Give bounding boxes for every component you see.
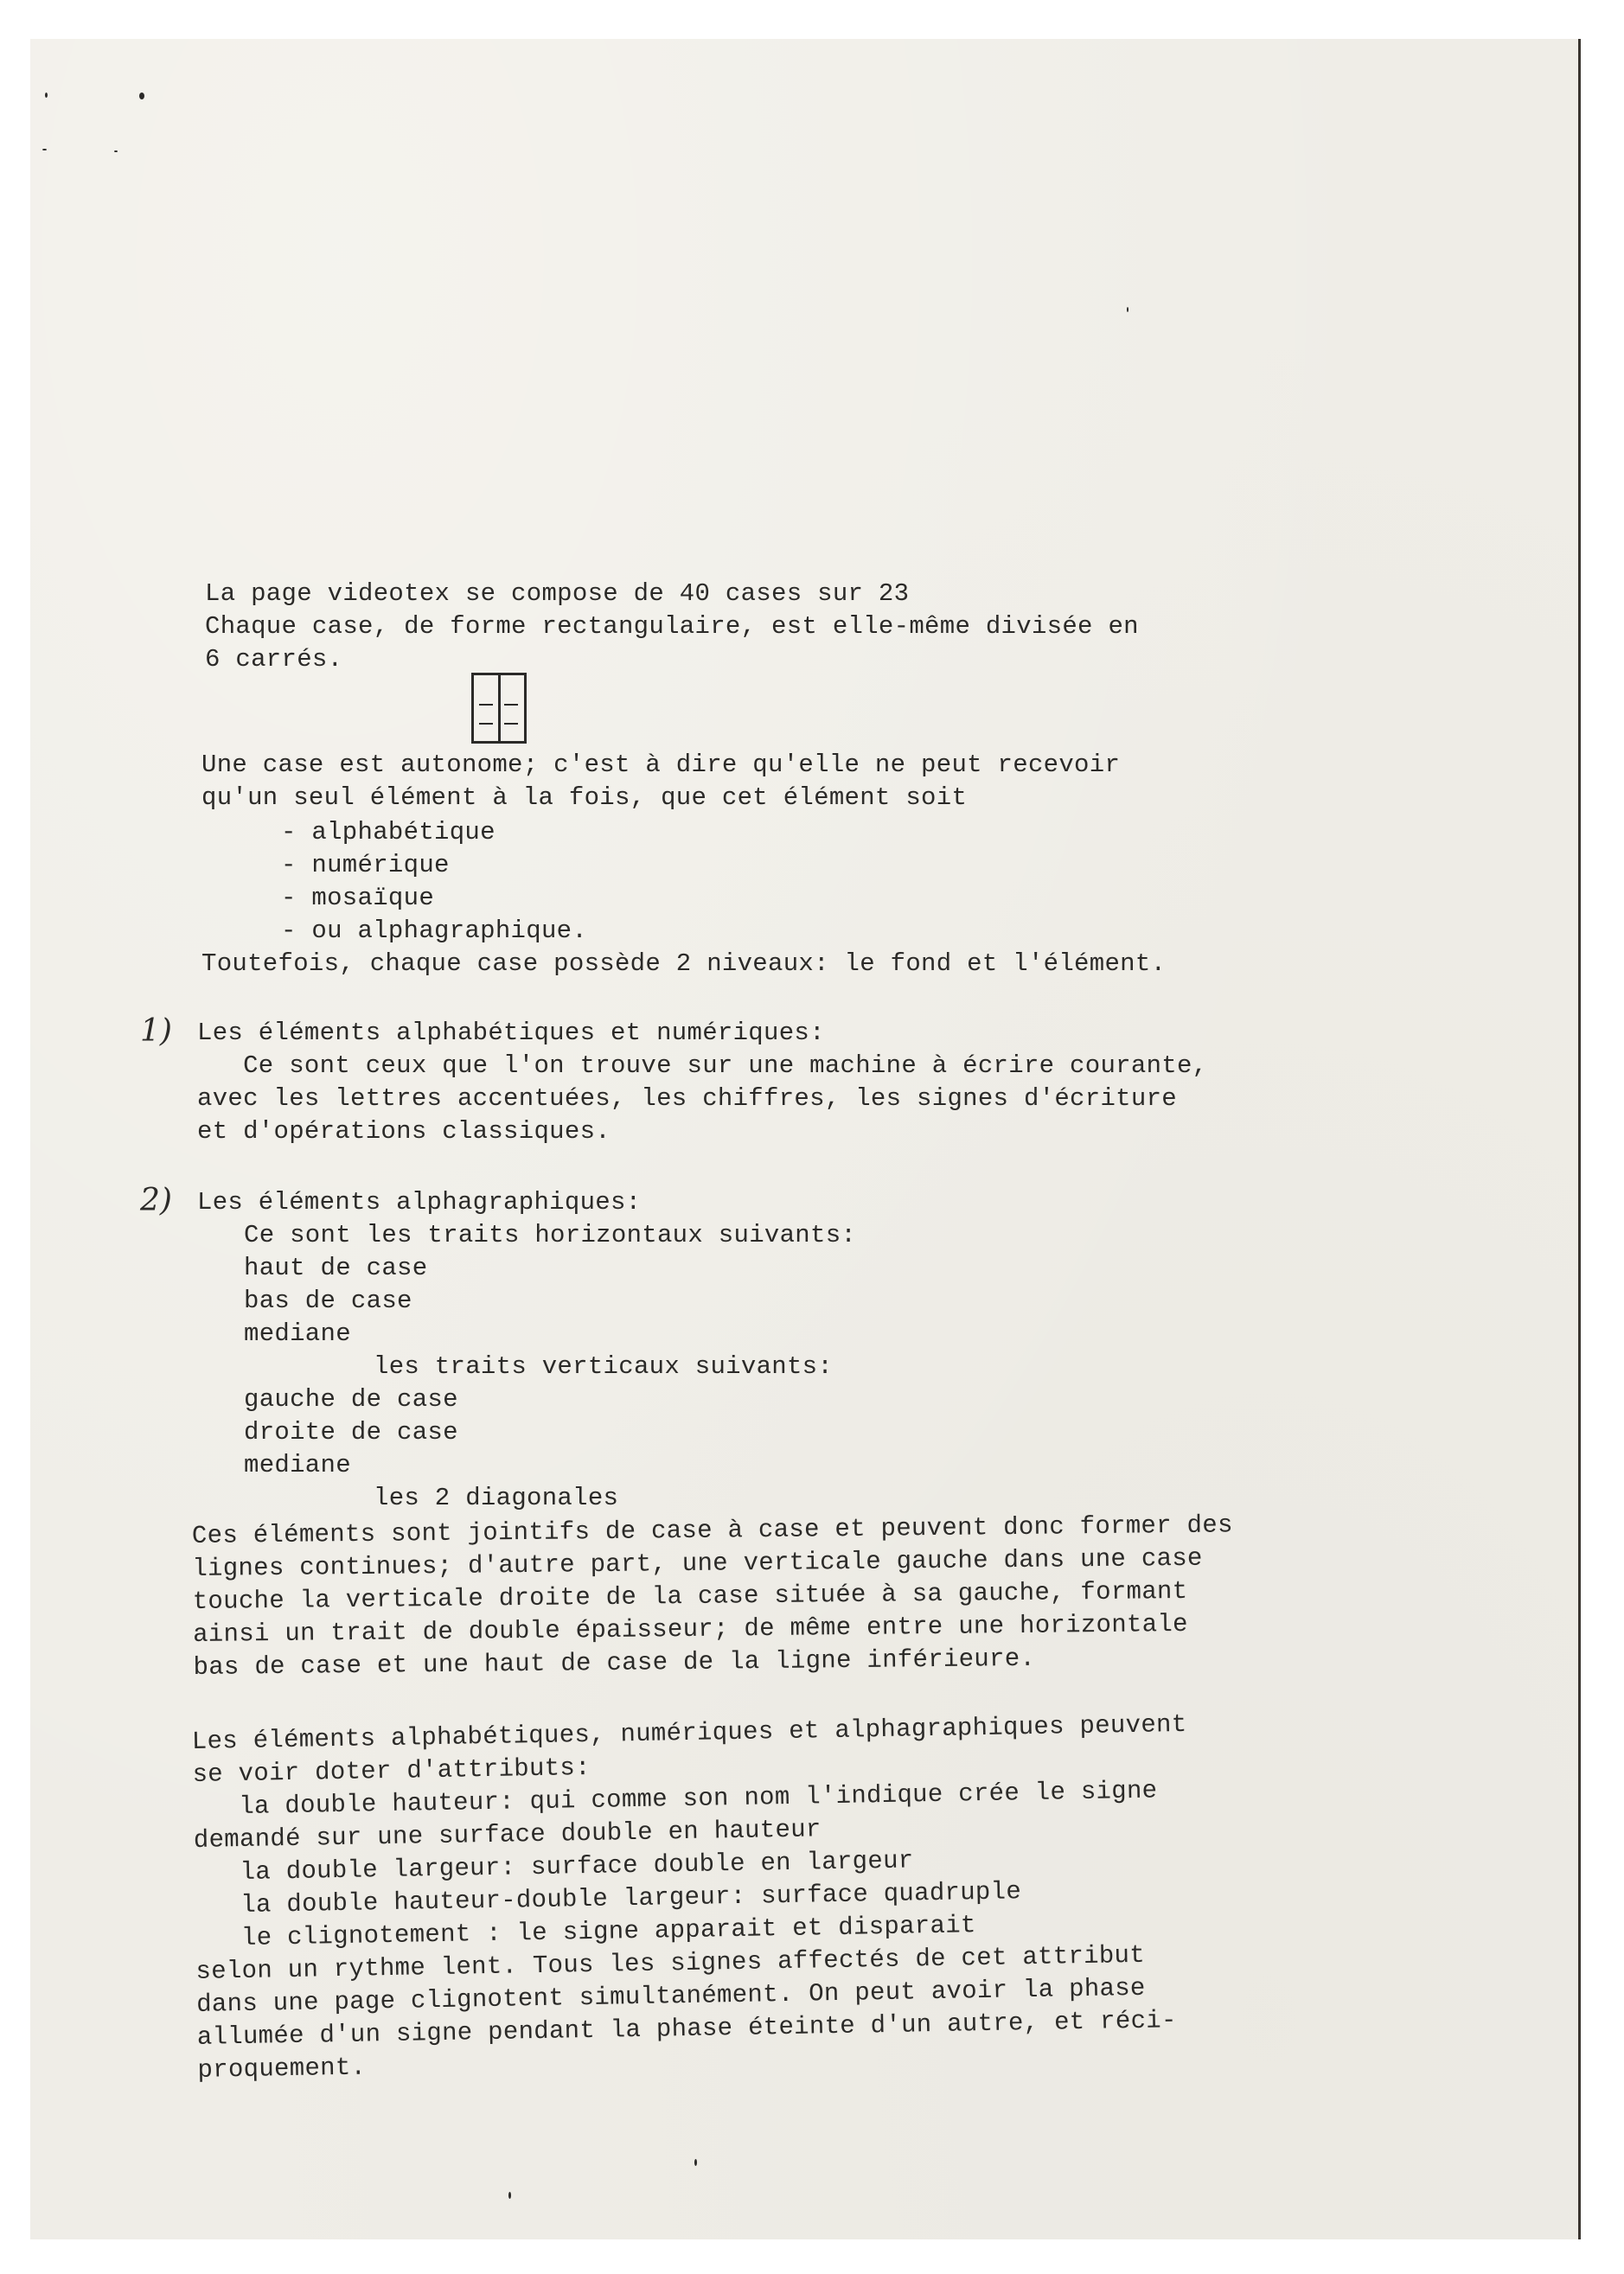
attributes-line: proquement. xyxy=(197,2055,366,2083)
attributes-line: se voir doter d'attributs: xyxy=(192,1755,591,1787)
attributes-paragraph: Les éléments alphabétiques, numériques e… xyxy=(0,0,1624,2274)
attributes-line: la double largeur: surface double en lar… xyxy=(194,1848,913,1886)
attributes-line: Les éléments alphabétiques, numériques e… xyxy=(192,1712,1187,1754)
attributes-line: demandé sur une surface double en hauteu… xyxy=(194,1817,822,1853)
